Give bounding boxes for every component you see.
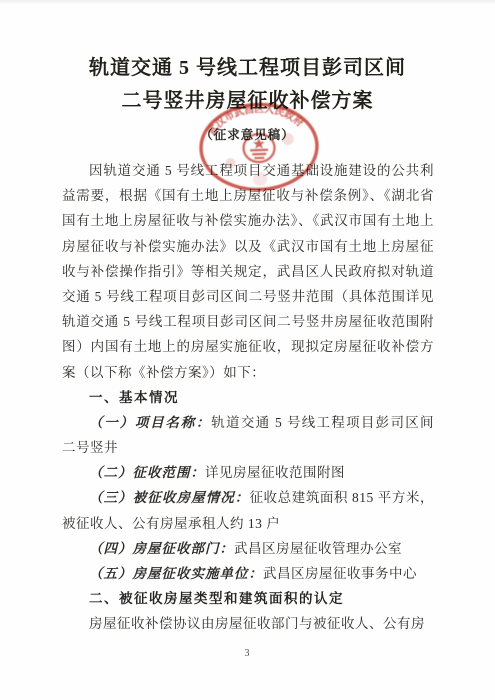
text-segment: 详见房屋征收范围附图 <box>205 465 345 480</box>
text-segment: 益需要，根据《国有土地上房屋征收与补偿条例》、《湖北省 <box>62 188 434 203</box>
body-line: （五）房屋征收实施单位：武昌区房屋征收事务中心 <box>62 561 434 586</box>
body-line: 图）内国有土地上的房屋实施征收，现拟定房屋征收补偿方 <box>62 334 434 359</box>
body-line: 一、基本情况 <box>62 385 434 410</box>
body-line: 益需要，根据《国有土地上房屋征收与补偿条例》、《湖北省 <box>62 183 434 208</box>
body-line: 二、被征收房屋类型和建筑面积的认定 <box>62 586 434 611</box>
text-segment: 轨道交通 5 号线工程项目彭司区间二号竖井房屋征收范围附 <box>62 314 434 329</box>
text-segment: （三）被征收房屋情况： <box>89 490 249 505</box>
text-segment: （四）房屋征收部门： <box>89 541 234 556</box>
body-line: 房屋征收补偿协议由房屋征收部门与被征收人、公有房 <box>62 611 434 636</box>
text-segment: 被征收人、公有房屋承租人约 13 户 <box>62 516 280 531</box>
text-segment: 轨道交通 5 号线工程项目彭司区间 <box>211 415 434 430</box>
body-line: 交通 5 号线工程项目彭司区间二号竖井范围（具体范围详见 <box>62 284 434 309</box>
body-line: 国有土地上房屋征收与补偿实施办法》、《武汉市国有土地上 <box>62 208 434 233</box>
document-subtitle: （征求意见稿） <box>0 125 495 143</box>
document-title: 轨道交通 5 号线工程项目彭司区间 二号竖井房屋征收补偿方案 （征求意见稿） <box>0 52 495 143</box>
text-segment: 房屋征收补偿协议由房屋征收部门与被征收人、公有房 <box>89 616 425 631</box>
document-title-line1: 轨道交通 5 号线工程项目彭司区间 <box>0 52 495 85</box>
text-segment: 收与补偿操作指引》等相关规定，武昌区人民政府拟对轨道 <box>62 264 434 279</box>
scan-edge-shadow <box>0 0 495 4</box>
text-segment: 二、被征收房屋类型和建筑面积的认定 <box>89 591 344 606</box>
text-segment: （二）征收范围： <box>89 465 205 480</box>
body-line: 轨道交通 5 号线工程项目彭司区间二号竖井房屋征收范围附 <box>62 309 434 334</box>
page-number: 3 <box>0 648 495 659</box>
body-line: （三）被征收房屋情况：征收总建筑面积 815 平方米， <box>62 485 434 510</box>
document-body: 因轨道交通 5 号线工程项目交通基础设施建设的公共利益需要，根据《国有土地上房屋… <box>62 158 434 637</box>
text-segment: 案（以下称《补偿方案》）如下： <box>62 365 265 380</box>
body-line: 被征收人、公有房屋承租人约 13 户 <box>62 511 434 536</box>
body-line: 房屋征收与补偿实施办法》以及《武汉市国有土地上房屋征 <box>62 234 434 259</box>
document-title-line2: 二号竖井房屋征收补偿方案 <box>0 85 495 118</box>
body-line: （一）项目名称：轨道交通 5 号线工程项目彭司区间 <box>62 410 434 435</box>
document-page: 轨道交通 5 号线工程项目彭司区间 二号竖井房屋征收补偿方案 （征求意见稿） 因… <box>0 0 495 700</box>
text-segment: （五）房屋征收实施单位： <box>89 566 263 581</box>
text-segment: 武昌区房屋征收事务中心 <box>263 566 417 581</box>
text-segment: 二号竖井 <box>62 440 118 455</box>
body-line: 收与补偿操作指引》等相关规定，武昌区人民政府拟对轨道 <box>62 259 434 284</box>
text-segment: 交通 5 号线工程项目彭司区间二号竖井范围（具体范围详见 <box>62 289 434 304</box>
text-segment: 一、基本情况 <box>89 390 179 405</box>
text-segment: 国有土地上房屋征收与补偿实施办法》、《武汉市国有土地上 <box>62 213 434 228</box>
body-line: 二号竖井 <box>62 435 434 460</box>
text-segment: 武昌区房屋征收管理办公室 <box>234 541 402 556</box>
body-line: 因轨道交通 5 号线工程项目交通基础设施建设的公共利 <box>62 158 434 183</box>
text-segment: 房屋征收与补偿实施办法》以及《武汉市国有土地上房屋征 <box>62 239 434 254</box>
text-segment: 因轨道交通 5 号线工程项目交通基础设施建设的公共利 <box>89 163 434 178</box>
body-line: 案（以下称《补偿方案》）如下： <box>62 360 434 385</box>
text-segment: 征收总建筑面积 815 平方米， <box>249 490 434 505</box>
body-line: （四）房屋征收部门：武昌区房屋征收管理办公室 <box>62 536 434 561</box>
text-segment: （一）项目名称： <box>89 415 211 430</box>
text-segment: 图）内国有土地上的房屋实施征收，现拟定房屋征收补偿方 <box>62 339 434 354</box>
body-line: （二）征收范围：详见房屋征收范围附图 <box>62 460 434 485</box>
